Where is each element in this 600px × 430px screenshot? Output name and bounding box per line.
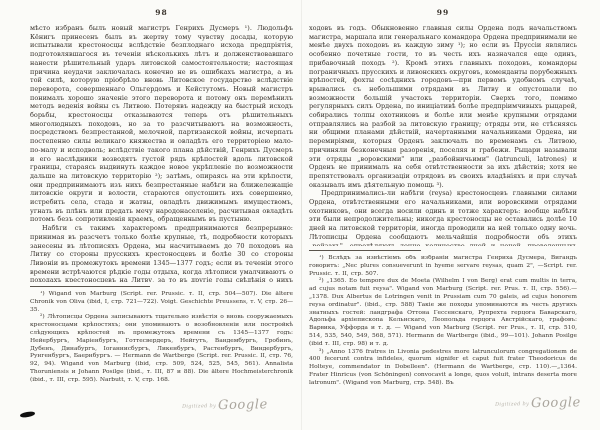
page-number-left: 98 — [30, 8, 293, 18]
footnote: ¹) Вслѣдъ за извѣстіемъ объ избраніи маг… — [309, 255, 577, 278]
book-scan: 98 мѣсто избранъ былъ новый магистръ Ген… — [0, 0, 600, 430]
watermark-prefix: Digitized by — [495, 401, 529, 408]
left-page-footnotes: ¹) Wigand von Marburg (Script. rer. Prus… — [30, 291, 293, 393]
body-paragraph: мѣсто избранъ былъ новый магистръ Генрих… — [30, 24, 293, 224]
body-paragraph: Предпринимались-ли набѣги (reysa) кресто… — [309, 189, 577, 246]
left-page-body: мѣсто избранъ былъ новый магистръ Генрих… — [30, 24, 293, 282]
watermark-prefix: Digitized by — [182, 403, 216, 410]
footnote: ²) „1365. Eo tempore dux de Moeta (Wilhe… — [309, 278, 577, 348]
right-page-body: ходовъ въ годъ. Обыкновенно главныя силы… — [309, 24, 577, 246]
left-page: 98 мѣсто избранъ былъ новый магистръ Ген… — [30, 8, 293, 422]
google-watermark: Digitized byGoogle — [495, 391, 581, 411]
footnote-separator — [309, 250, 421, 251]
footnote: ³) „Anno 1376 fratres in Livonia pedestr… — [309, 349, 577, 388]
watermark-label: Google — [531, 395, 581, 411]
right-page-footnotes: ¹) Вслѣдъ за извѣстіемъ объ избраніи маг… — [309, 255, 577, 405]
footnote: ²) Лѣтописцы Ордена записываютъ тщательн… — [30, 314, 293, 384]
footnote: ¹) Wigand von Marburg (Script. rer. Prus… — [30, 291, 293, 314]
right-page: 99 ходовъ въ годъ. Обыкновенно главныя с… — [309, 8, 577, 422]
google-watermark: Digitized byGoogle — [182, 393, 268, 413]
body-paragraph: Набѣги съ такимъ характеромъ предпринима… — [30, 224, 293, 282]
footnote-separator — [30, 286, 150, 287]
page-gutter — [301, 0, 302, 430]
watermark-label: Google — [218, 397, 268, 413]
page-number-right: 99 — [309, 8, 577, 18]
body-paragraph: ходовъ въ годъ. Обыкновенно главныя силы… — [309, 24, 577, 189]
